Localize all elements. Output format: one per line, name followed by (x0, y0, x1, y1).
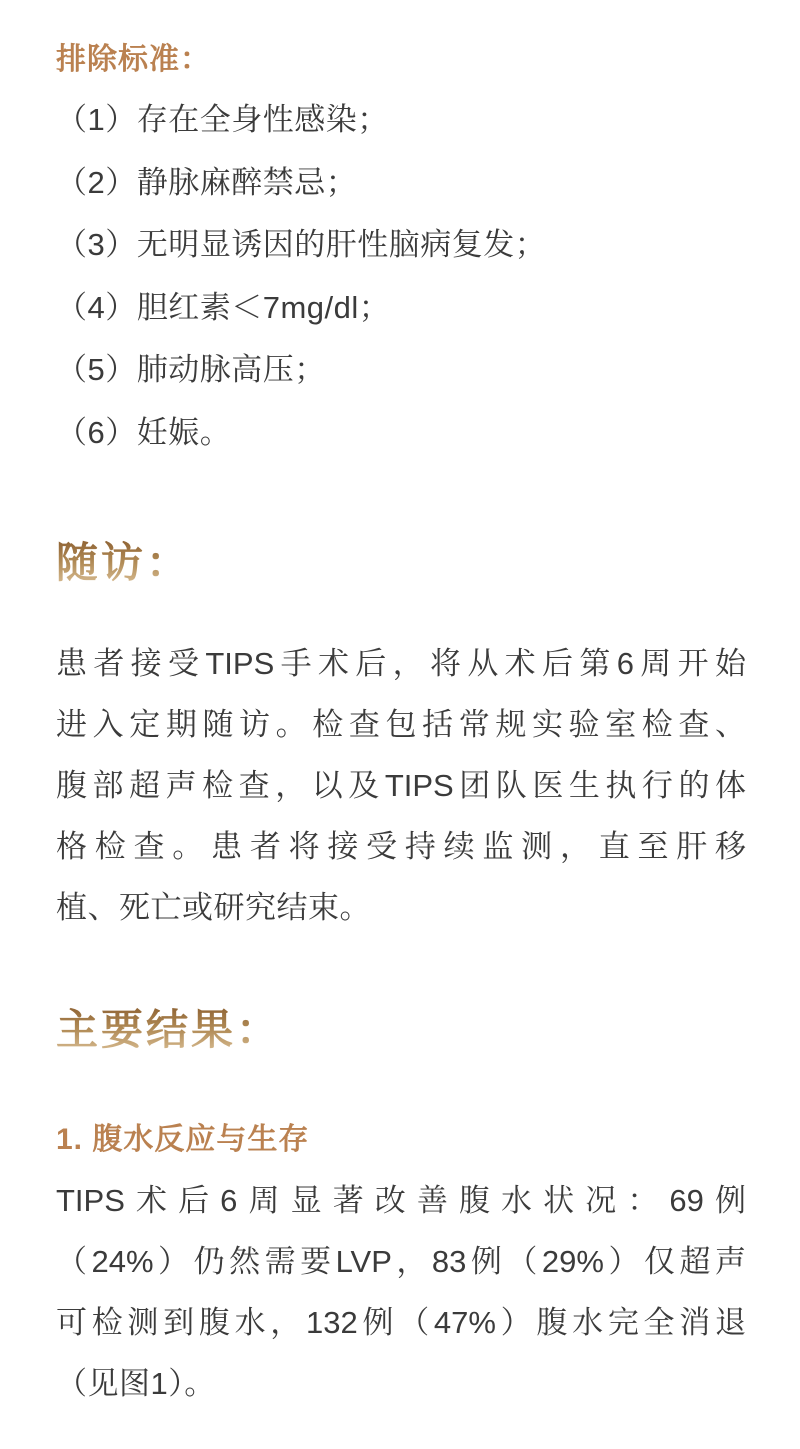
paragraph-line: TIPS术后6周显著改善腹水状况：69例 (56, 1170, 746, 1231)
main-results-heading: 主要结果： (56, 1006, 746, 1056)
exclusion-criteria-heading: 排除标准： (56, 42, 746, 78)
exclusion-criteria-list: （1）存在全身性感染； （2）静脉麻醉禁忌； （3）无明显诱因的肝性脑病复发； … (56, 89, 746, 464)
followup-paragraph: 患者接受TIPS手术后，将从术后第6周开始 进入定期随访。检查包括常规实验室检查… (56, 633, 746, 938)
paragraph-line: 植、死亡或研究结束。 (56, 877, 746, 938)
paragraph-line: （见图1）。 (56, 1353, 746, 1414)
paragraph-line: （24%）仍然需要LVP，83例（29%）仅超声 (56, 1231, 746, 1292)
ascites-response-subheading: 1. 腹水反应与生存 (56, 1122, 746, 1158)
exclusion-item-4: （4）胆红素＜7mg/dl； (56, 277, 746, 340)
results-paragraph: TIPS术后6周显著改善腹水状况：69例 （24%）仍然需要LVP，83例（29… (56, 1170, 746, 1414)
exclusion-item-5: （5）肺动脉高压； (56, 339, 746, 402)
paragraph-line: 可检测到腹水，132例（47%）腹水完全消退 (56, 1292, 746, 1353)
article-content: 排除标准： （1）存在全身性感染； （2）静脉麻醉禁忌； （3）无明显诱因的肝性… (0, 42, 800, 1414)
followup-heading: 随访： (56, 540, 746, 588)
paragraph-line: 格检查。患者将接受持续监测，直至肝移 (56, 816, 746, 877)
article-page: 排除标准： （1）存在全身性感染； （2）静脉麻醉禁忌； （3）无明显诱因的肝性… (0, 0, 800, 1449)
exclusion-item-6: （6）妊娠。 (56, 402, 746, 465)
exclusion-item-3: （3）无明显诱因的肝性脑病复发； (56, 214, 746, 277)
paragraph-line: 进入定期随访。检查包括常规实验室检查、 (56, 694, 746, 755)
exclusion-item-1: （1）存在全身性感染； (56, 89, 746, 152)
paragraph-line: 患者接受TIPS手术后，将从术后第6周开始 (56, 633, 746, 694)
exclusion-item-2: （2）静脉麻醉禁忌； (56, 152, 746, 215)
paragraph-line: 腹部超声检查，以及TIPS团队医生执行的体 (56, 755, 746, 816)
